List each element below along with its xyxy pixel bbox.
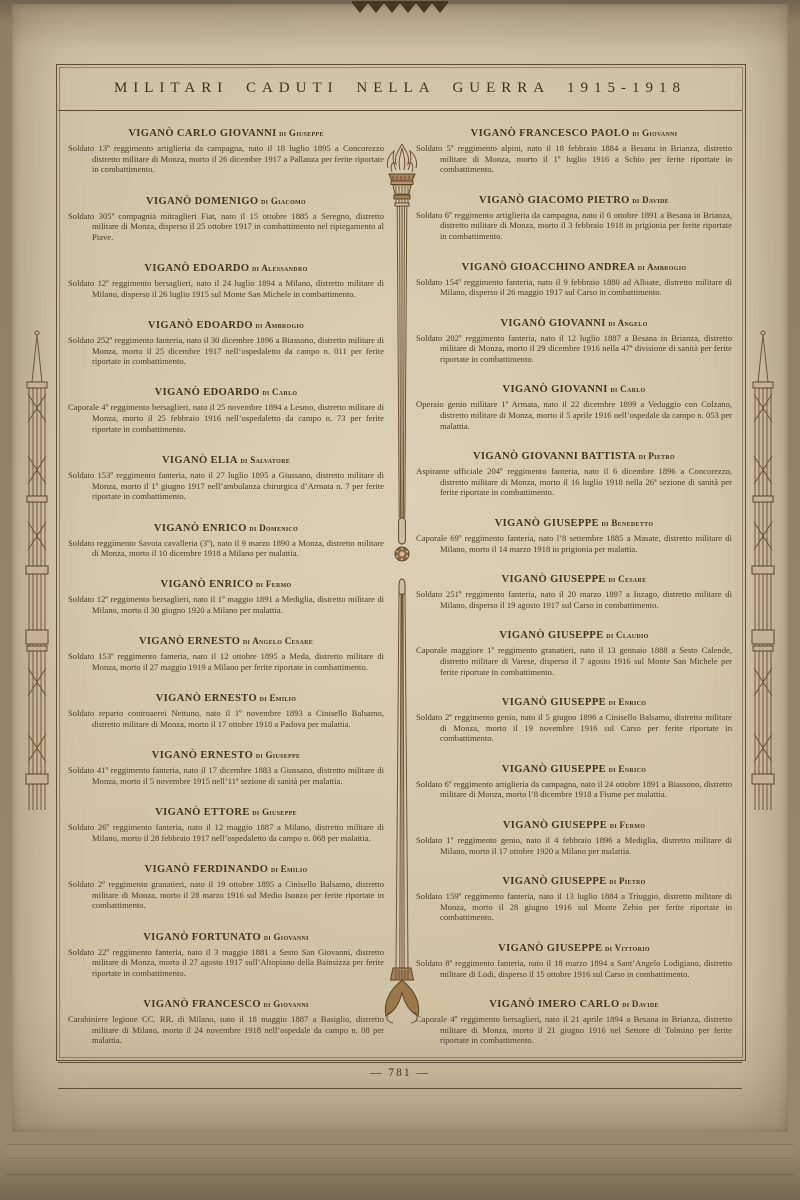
entry-soldier-name: VIGANÒ GIUSEPPE (502, 876, 606, 887)
fasces-ornament-right-icon (746, 330, 780, 816)
entry-soldier-name: VIGANÒ FORTUNATO (143, 932, 261, 943)
entry-soldier-name: VIGANÒ GIACOMO PIETRO (479, 195, 630, 206)
entry-text: Soldato 153º reggimento fanteria, nato i… (68, 470, 384, 502)
memorial-entry: VIGANÒ FRANCESCO PAOLO di Giovanni Solda… (416, 128, 732, 175)
entry-header: VIGANÒ EDOARDO di Alessandro (68, 263, 384, 274)
entry-soldier-name: VIGANÒ GIUSEPPE (503, 820, 607, 831)
entry-text: Soldato reggimento Savoia cavalleria (3º… (68, 538, 384, 559)
right-column: VIGANÒ FRANCESCO PAOLO di Giovanni Solda… (416, 128, 732, 1046)
entry-patronymic: di Salvatore (238, 455, 290, 465)
memorial-entry: VIGANÒ GIACOMO PIETRO di Davide Soldato … (416, 195, 732, 242)
fasces-ornament-left-icon (20, 330, 54, 816)
entry-patronymic: di Domenico (247, 523, 298, 533)
entry-patronymic: di Giuseppe (253, 750, 300, 760)
entry-header: VIGANÒ ELIA di Salvatore (68, 455, 384, 466)
memorial-entry: VIGANÒ GIUSEPPE di Benedetto Caporale 69… (416, 518, 732, 554)
entry-header: VIGANÒ GIACOMO PIETRO di Davide (416, 195, 732, 206)
entry-text: Soldato 251º reggimento fanteria, nato i… (416, 589, 732, 610)
footer-rule-top (58, 1062, 742, 1063)
memorial-entry: VIGANÒ GIUSEPPE di Claudio Caporale magg… (416, 630, 732, 677)
entry-patronymic: di Ambrogio (253, 320, 304, 330)
entry-patronymic: di Giacomo (259, 196, 306, 206)
entry-text: Soldato 252º reggimento fanteria, nato i… (68, 335, 384, 367)
entry-soldier-name: VIGANÒ GIOACCHINO ANDREA (462, 262, 636, 273)
entry-patronymic: di Alessandro (250, 263, 308, 273)
entry-patronymic: di Giuseppe (277, 128, 324, 138)
memorial-entry: VIGANÒ GIOVANNI BATTISTA di Pietro Aspir… (416, 451, 732, 498)
memorial-entry: VIGANÒ IMERO CARLO di Davide Caporale 4º… (416, 999, 732, 1046)
entry-patronymic: di Vittorio (602, 943, 649, 953)
entry-soldier-name: VIGANÒ FERDINANDO (145, 864, 269, 875)
title-divider-rule (58, 110, 742, 111)
footer-rule-bottom (58, 1088, 742, 1089)
entry-soldier-name: VIGANÒ IMERO CARLO (489, 999, 619, 1010)
entry-patronymic: di Angelo (606, 318, 648, 328)
entry-header: VIGANÒ ENRICO di Domenico (68, 523, 384, 534)
entry-text: Soldato 153º reggimento fanteria, nato i… (68, 651, 384, 672)
entry-text: Soldato 5º reggimento alpini, nato il 18… (416, 143, 732, 175)
memorial-entry: VIGANÒ ERNESTO di Angelo Cesare Soldato … (68, 636, 384, 672)
entry-soldier-name: VIGANÒ ERNESTO (139, 636, 240, 647)
entry-soldier-name: VIGANÒ EDOARDO (144, 263, 249, 274)
entry-text: Carabiniere legione CC. RR. di Milano, n… (68, 1014, 384, 1046)
entry-header: VIGANÒ ERNESTO di Angelo Cesare (68, 636, 384, 647)
memorial-entry: VIGANÒ GIUSEPPE di Fermo Soldato 1º regg… (416, 820, 732, 856)
entry-soldier-name: VIGANÒ EDOARDO (155, 387, 260, 398)
entry-header: VIGANÒ FRANCESCO di Giovanni (68, 999, 384, 1010)
memorial-entry: VIGANÒ DOMENIGO di Giacomo Soldato 305ª … (68, 196, 384, 243)
sawtooth-band-ornament-icon (352, 1, 448, 15)
entry-soldier-name: VIGANÒ GIUSEPPE (502, 697, 606, 708)
entry-text: Soldato 159º reggimento fanteria, nato i… (416, 891, 732, 923)
entry-soldier-name: VIGANÒ GIUSEPPE (502, 764, 606, 775)
entry-patronymic: di Fermo (253, 579, 291, 589)
book-edge-crease (6, 1144, 794, 1146)
page-title: MILITARI CADUTI NELLA GUERRA 1915-1918 (12, 80, 788, 97)
entry-header: VIGANÒ DOMENIGO di Giacomo (68, 196, 384, 207)
entry-header: VIGANÒ GIUSEPPE di Enrico (416, 697, 732, 708)
entry-soldier-name: VIGANÒ EDOARDO (148, 320, 253, 331)
entry-patronymic: di Emilio (268, 864, 307, 874)
entry-header: VIGANÒ ENRICO di Fermo (68, 579, 384, 590)
entry-soldier-name: VIGANÒ GIUSEPPE (499, 630, 603, 641)
entry-header: VIGANÒ ERNESTO di Emilio (68, 693, 384, 704)
entry-patronymic: di Carlo (608, 384, 646, 394)
memorial-entry: VIGANÒ ETTORE di Giuseppe Soldato 26º re… (68, 807, 384, 843)
entry-soldier-name: VIGANÒ ELIA (162, 455, 238, 466)
entry-header: VIGANÒ GIUSEPPE di Benedetto (416, 518, 732, 529)
entry-header: VIGANÒ GIOVANNI di Carlo (416, 384, 732, 395)
left-column: VIGANÒ CARLO GIOVANNI di Giuseppe Soldat… (68, 128, 384, 1046)
entry-text: Soldato 202º reggimento fanteria, nato i… (416, 333, 732, 365)
entry-patronymic: di Pietro (636, 451, 675, 461)
entry-header: VIGANÒ GIOACCHINO ANDREA di Ambrogio (416, 262, 732, 273)
entry-header: VIGANÒ FRANCESCO PAOLO di Giovanni (416, 128, 732, 139)
book-page: MILITARI CADUTI NELLA GUERRA 1915-1918 V… (12, 4, 788, 1132)
entry-header: VIGANÒ GIOVANNI BATTISTA di Pietro (416, 451, 732, 462)
entry-header: VIGANÒ GIUSEPPE di Vittorio (416, 943, 732, 954)
entry-text: Soldato 154º reggimento fanteria, nato i… (416, 277, 732, 298)
entry-soldier-name: VIGANÒ GIOVANNI (500, 318, 605, 329)
entry-text: Soldato 1º reggimento genio, nato il 4 f… (416, 835, 732, 856)
entry-header: VIGANÒ ETTORE di Giuseppe (68, 807, 384, 818)
entry-header: VIGANÒ GIUSEPPE di Enrico (416, 764, 732, 775)
entry-patronymic: di Giuseppe (250, 807, 297, 817)
entry-text: Soldato 26º reggimento fanteria, nato il… (68, 822, 384, 843)
entry-text: Soldato reparto controaerei Nettuno, nat… (68, 708, 384, 729)
memorial-entry: VIGANÒ ENRICO di Fermo Soldato 12º reggi… (68, 579, 384, 615)
entry-text: Soldato 12º reggimento bersaglieri, nato… (68, 594, 384, 615)
entry-soldier-name: VIGANÒ FRANCESCO PAOLO (471, 128, 630, 139)
entry-patronymic: di Davide (630, 195, 669, 205)
torch-column-ornament-icon (380, 138, 424, 1028)
entry-soldier-name: VIGANÒ GIUSEPPE (502, 574, 606, 585)
entry-text: Soldato 22º reggimento fanteria, nato il… (68, 947, 384, 979)
book-edge-crease (6, 1158, 794, 1160)
entry-patronymic: di Enrico (606, 697, 646, 707)
entry-soldier-name: VIGANÒ ERNESTO (152, 750, 253, 761)
memorial-entry: VIGANÒ GIUSEPPE di Vittorio Soldato 8º r… (416, 943, 732, 979)
entry-header: VIGANÒ GIUSEPPE di Fermo (416, 820, 732, 831)
entry-soldier-name: VIGANÒ GIOVANNI (503, 384, 608, 395)
entry-text: Soldato 6º reggimento artiglieria da cam… (416, 779, 732, 800)
page-number: — 781 — (12, 1067, 788, 1079)
entry-text: Soldato 12º reggimento bersaglieri, nato… (68, 278, 384, 299)
entry-header: VIGANÒ CARLO GIOVANNI di Giuseppe (68, 128, 384, 139)
memorial-entry: VIGANÒ GIOVANNI di Angelo Soldato 202º r… (416, 318, 732, 365)
photographed-book-page: { "page": { "title": "MILITARI CADUTI NE… (0, 0, 800, 1200)
entry-header: VIGANÒ FORTUNATO di Giovanni (68, 932, 384, 943)
entry-text: Soldato 2º reggimento genio, nato il 5 g… (416, 712, 732, 744)
entry-header: VIGANÒ EDOARDO di Ambrogio (68, 320, 384, 331)
entry-text: Caporale maggiore 1º reggimento granatie… (416, 645, 732, 677)
entry-header: VIGANÒ FERDINANDO di Emilio (68, 864, 384, 875)
entry-header: VIGANÒ EDOARDO di Carlo (68, 387, 384, 398)
memorial-entry: VIGANÒ ELIA di Salvatore Soldato 153º re… (68, 455, 384, 502)
entry-soldier-name: VIGANÒ FRANCESCO (143, 999, 261, 1010)
entry-patronymic: di Emilio (257, 693, 296, 703)
entry-text: Caporale 4º reggimento bersaglieri, nato… (416, 1014, 732, 1046)
memorial-entry: VIGANÒ ENRICO di Domenico Soldato reggim… (68, 523, 384, 559)
entry-header: VIGANÒ ERNESTO di Giuseppe (68, 750, 384, 761)
entry-header: VIGANÒ GIUSEPPE di Cesare (416, 574, 732, 585)
entry-header: VIGANÒ GIOVANNI di Angelo (416, 318, 732, 329)
entry-text: Caporale 4º reggimento bersaglieri, nato… (68, 402, 384, 434)
memorial-entry: VIGANÒ EDOARDO di Ambrogio Soldato 252º … (68, 320, 384, 367)
entry-soldier-name: VIGANÒ CARLO GIOVANNI (128, 128, 276, 139)
entry-text: Soldato 41º reggimento fanteria, nato il… (68, 765, 384, 786)
entry-patronymic: di Cesare (606, 574, 647, 584)
memorial-entry: VIGANÒ CARLO GIOVANNI di Giuseppe Soldat… (68, 128, 384, 175)
memorial-entry: VIGANÒ GIUSEPPE di Enrico Soldato 2º reg… (416, 697, 732, 744)
entry-patronymic: di Claudio (604, 630, 649, 640)
book-edge-crease (6, 1174, 794, 1176)
entry-header: VIGANÒ GIUSEPPE di Claudio (416, 630, 732, 641)
memorial-entry: VIGANÒ GIUSEPPE di Cesare Soldato 251º r… (416, 574, 732, 610)
entry-header: VIGANÒ IMERO CARLO di Davide (416, 999, 732, 1010)
entry-patronymic: di Enrico (606, 764, 646, 774)
memorial-entry: VIGANÒ EDOARDO di Alessandro Soldato 12º… (68, 263, 384, 299)
entry-patronymic: di Benedetto (599, 518, 653, 528)
entry-text: Soldato 8º reggimento fanteria, nato il … (416, 958, 732, 979)
memorial-entry: VIGANÒ FERDINANDO di Emilio Soldato 2º r… (68, 864, 384, 911)
entry-patronymic: di Giovanni (630, 128, 678, 138)
memorial-entry: VIGANÒ ERNESTO di Giuseppe Soldato 41º r… (68, 750, 384, 786)
entry-soldier-name: VIGANÒ GIOVANNI BATTISTA (473, 451, 636, 462)
entry-text: Soldato 305ª compagnia mitraglieri Fiat,… (68, 211, 384, 243)
entry-patronymic: di Giovanni (261, 999, 309, 1009)
entry-text: Operaio genio militare 1ª Armata, nato i… (416, 399, 732, 431)
entry-patronymic: di Fermo (607, 820, 645, 830)
entry-text: Soldato 2º reggimento granatieri, nato i… (68, 879, 384, 911)
memorial-entry: VIGANÒ EDOARDO di Carlo Caporale 4º regg… (68, 387, 384, 434)
memorial-entry: VIGANÒ GIOVANNI di Carlo Operaio genio m… (416, 384, 732, 431)
entry-text: Soldato 6º reggimento artiglieria da cam… (416, 210, 732, 242)
entry-soldier-name: VIGANÒ GIUSEPPE (498, 943, 602, 954)
entry-text: Soldato 13º reggimento artiglieria da ca… (68, 143, 384, 175)
entry-patronymic: di Carlo (260, 387, 298, 397)
entry-soldier-name: VIGANÒ GIUSEPPE (495, 518, 599, 529)
memorial-entry: VIGANÒ GIUSEPPE di Enrico Soldato 6º reg… (416, 764, 732, 800)
memorial-entry: VIGANÒ FORTUNATO di Giovanni Soldato 22º… (68, 932, 384, 979)
memorial-entry: VIGANÒ ERNESTO di Emilio Soldato reparto… (68, 693, 384, 729)
entry-soldier-name: VIGANÒ ENRICO (154, 523, 247, 534)
entry-soldier-name: VIGANÒ ERNESTO (156, 693, 257, 704)
entry-patronymic: di Ambrogio (635, 262, 686, 272)
entry-header: VIGANÒ GIUSEPPE di Pietro (416, 876, 732, 887)
entry-text: Caporale 69º reggimento fanteria, nato l… (416, 533, 732, 554)
entry-patronymic: di Davide (620, 999, 659, 1009)
memorial-entry: VIGANÒ FRANCESCO di Giovanni Carabiniere… (68, 999, 384, 1046)
entry-patronymic: di Pietro (607, 876, 646, 886)
entry-soldier-name: VIGANÒ DOMENIGO (146, 196, 258, 207)
entry-patronymic: di Angelo Cesare (240, 636, 313, 646)
memorial-entry: VIGANÒ GIUSEPPE di Pietro Soldato 159º r… (416, 876, 732, 923)
memorial-entry: VIGANÒ GIOACCHINO ANDREA di Ambrogio Sol… (416, 262, 732, 298)
entry-soldier-name: VIGANÒ ENRICO (160, 579, 253, 590)
entry-soldier-name: VIGANÒ ETTORE (155, 807, 250, 818)
entry-patronymic: di Giovanni (261, 932, 309, 942)
entry-text: Aspirante ufficiale 204º reggimento fant… (416, 466, 732, 498)
